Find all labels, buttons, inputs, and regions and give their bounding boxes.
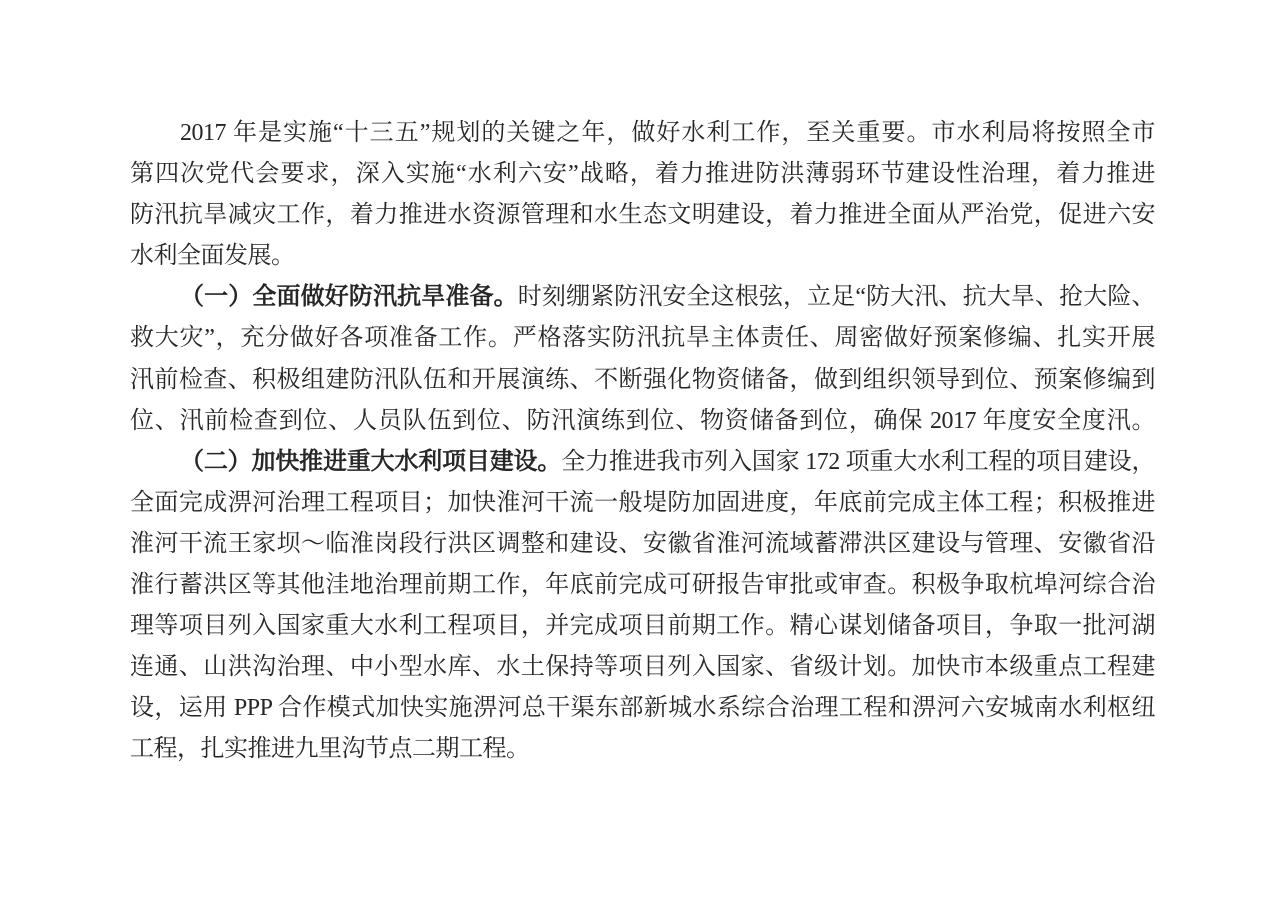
paragraph-text: 时刻绷紧防汛安全这根弦，立足“防大汛、抗大旱、抢大险、 (518, 284, 1155, 310)
para3-line4: 淮行蓄洪区等其他洼地治理前期工作，年底前完成可研报告审批或审查。积极争取杭埠河综… (130, 565, 1155, 606)
section-heading-2: （二）加快推进重大水利项目建设。 (180, 449, 561, 475)
para3-line6: 连通、山洪沟治理、中小型水库、水土保持等项目列入国家、省级计划。加快市本级重点工… (130, 647, 1155, 688)
paragraph-text: 连通、山洪沟治理、中小型水库、水土保持等项目列入国家、省级计划。加快市本级重点工… (130, 654, 1155, 680)
paragraph-text: 救大灾”，充分做好各项准备工作。严格落实防汛抗旱主体责任、周密做好预案修编、扎实… (130, 325, 1155, 351)
document-body: 2017 年是实施“十三五”规划的关键之年，做好水利工作，至关重要。市水利局将按… (130, 113, 1155, 771)
para1-line4: 水利全面发展。 (130, 236, 1155, 277)
para3-line7: 设，运用 PPP 合作模式加快实施淠河总干渠东部新城水系综合治理工程和淠河六安城… (130, 688, 1155, 729)
paragraph-text: 位、汛前检查到位、人员队伍到位、防汛演练到位、物资储备到位，确保 2017 年度… (130, 408, 1155, 434)
paragraph-text: 全面完成淠河治理工程项目；加快淮河干流一般堤防加固进度，年底前完成主体工程；积极… (130, 490, 1155, 516)
para1-line3: 防汛抗旱减灾工作，着力推进水资源管理和水生态文明建设，着力推进全面从严治党，促进… (130, 195, 1155, 236)
para2-line2: 救大灾”，充分做好各项准备工作。严格落实防汛抗旱主体责任、周密做好预案修编、扎实… (130, 318, 1155, 359)
paragraph-text: 水利全面发展。 (130, 243, 295, 269)
paragraph-text: 设，运用 PPP 合作模式加快实施淠河总干渠东部新城水系综合治理工程和淠河六安城… (130, 695, 1155, 721)
paragraph-text: 工程，扎实推进九里沟节点二期工程。 (130, 736, 530, 762)
para1-line1: 2017 年是实施“十三五”规划的关键之年，做好水利工作，至关重要。市水利局将按… (130, 113, 1155, 154)
paragraph-text: 淮河干流王家坝～临淮岗段行洪区调整和建设、安徽省淮河流域蓄滞洪区建设与管理、安徽… (130, 531, 1155, 557)
paragraph-text: 2017 年是实施“十三五”规划的关键之年，做好水利工作，至关重要。市水利局将按… (180, 120, 1155, 146)
para3-line2: 全面完成淠河治理工程项目；加快淮河干流一般堤防加固进度，年底前完成主体工程；积极… (130, 483, 1155, 524)
para2-line3: 汛前检查、积极组建防汛队伍和开展演练、不断强化物资储备，做到组织领导到位、预案修… (130, 360, 1155, 401)
paragraph-text: 防汛抗旱减灾工作，着力推进水资源管理和水生态文明建设，着力推进全面从严治党，促进… (130, 202, 1155, 228)
paragraph-text: 理等项目列入国家重大水利工程项目，并完成项目前期工作。精心谋划储备项目，争取一批… (130, 613, 1155, 639)
para3-line3: 淮河干流王家坝～临淮岗段行洪区调整和建设、安徽省淮河流域蓄滞洪区建设与管理、安徽… (130, 524, 1155, 565)
paragraph-text: 汛前检查、积极组建防汛队伍和开展演练、不断强化物资储备，做到组织领导到位、预案修… (130, 367, 1155, 393)
para2-line1: （一）全面做好防汛抗旱准备。时刻绷紧防汛安全这根弦，立足“防大汛、抗大旱、抢大险… (130, 277, 1155, 318)
para3-line5: 理等项目列入国家重大水利工程项目，并完成项目前期工作。精心谋划储备项目，争取一批… (130, 606, 1155, 647)
para2-line4: 位、汛前检查到位、人员队伍到位、防汛演练到位、物资储备到位，确保 2017 年度… (130, 401, 1155, 442)
paragraph-text: 第四次党代会要求，深入实施“水利六安”战略，着力推进防洪薄弱环节建设性治理，着力… (130, 161, 1155, 187)
para1-line2: 第四次党代会要求，深入实施“水利六安”战略，着力推进防洪薄弱环节建设性治理，着力… (130, 154, 1155, 195)
para3-line8: 工程，扎实推进九里沟节点二期工程。 (130, 729, 1155, 770)
paragraph-text: 全力推进我市列入国家 172 项重大水利工程的项目建设， (561, 449, 1155, 475)
paragraph-text: 淮行蓄洪区等其他洼地治理前期工作，年底前完成可研报告审批或审查。积极争取杭埠河综… (130, 572, 1155, 598)
para3-line1: （二）加快推进重大水利项目建设。全力推进我市列入国家 172 项重大水利工程的项… (130, 442, 1155, 483)
section-heading-1: （一）全面做好防汛抗旱准备。 (180, 284, 518, 310)
document-page: 2017 年是实施“十三五”规划的关键之年，做好水利工作，至关重要。市水利局将按… (0, 0, 1280, 905)
